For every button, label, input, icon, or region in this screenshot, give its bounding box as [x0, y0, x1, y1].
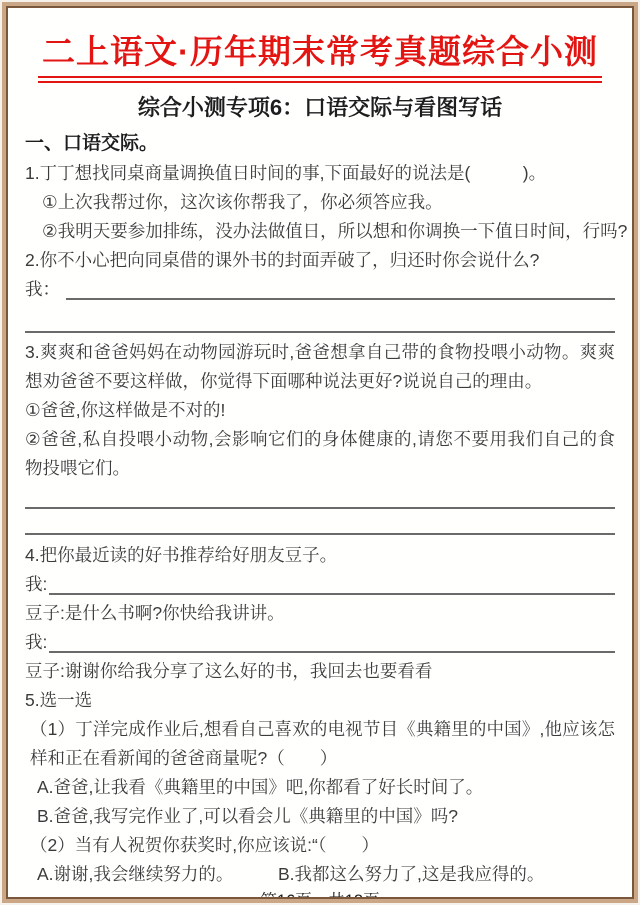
question-5-sub-2-options-row: A.谢谢,我会继续努力的。 B.我都这么努力了,这是我应得的。 — [25, 860, 615, 889]
question-3-option-2: ②爸爸,私自投喂小动物,会影响它们的身体健康的,请您不要用我们自己的食物投喂它们… — [25, 425, 615, 483]
question-4-douzi-line-2: 豆子:谢谢你给我分享了这么好的书，我回去也要看看 — [25, 657, 615, 686]
answer-blank-line — [49, 593, 615, 595]
question-5-sub-2-option-b: B.我都这么努力了,这是我应得的。 — [278, 860, 544, 889]
question-5-sub-2-option-a: A.谢谢,我会继续努力的。 — [25, 860, 278, 889]
question-3: 3.爽爽和爸爸妈妈在动物园游玩时,爸爸想拿自己带的食物投喂小动物。爽爽想劝爸爸不… — [25, 338, 615, 396]
question-3-option-1: ①爸爸,你这样做是不对的! — [25, 396, 615, 425]
question-4-douzi-line-1: 豆子:是什么书啊?你快给我讲讲。 — [25, 599, 615, 628]
answer-label: 我： — [25, 275, 60, 304]
answer-blank-line — [49, 651, 615, 653]
question-1-option-1: ①上次我帮过你，这次该你帮我了，你必须答应我。 — [25, 188, 615, 217]
answer-blank-line — [66, 298, 615, 300]
question-5-sub-1: （1）丁洋完成作业后,想看自己喜欢的电视节目《典籍里的中国》,他应该怎样和正在看… — [25, 715, 615, 773]
title-block: 二上语文·历年期末常考真题综合小测 — [25, 26, 615, 83]
answer-rule-line — [25, 483, 615, 509]
question-5: 5.选一选 — [25, 686, 615, 715]
question-4-answer-row-2: 我: — [25, 628, 615, 657]
answer-rule-line — [25, 304, 615, 333]
question-4-answer-row-1: 我: — [25, 570, 615, 599]
question-5-sub-1-option-a: A.爸爸,让我看《典籍里的中国》吧,你都看了好长时间了。 — [25, 773, 615, 802]
page-frame: 二上语文·历年期末常考真题综合小测 综合小测专项6：口语交际与看图写话 一、口语… — [0, 0, 640, 905]
page-subtitle: 综合小测专项6：口语交际与看图写话 — [25, 93, 615, 123]
page-title: 二上语文·历年期末常考真题综合小测 — [38, 26, 602, 83]
question-5-sub-2: （2）当有人祝贺你获奖时,你应该说:“（ ） — [25, 831, 615, 860]
worksheet-page: 二上语文·历年期末常考真题综合小测 综合小测专项6：口语交际与看图写话 一、口语… — [6, 6, 634, 899]
question-2: 2.你不小心把向同桌借的课外书的封面弄破了，归还时你会说什么? — [25, 246, 615, 275]
question-5-sub-1-option-b: B.爸爸,我写完作业了,可以看会儿《典籍里的中国》吗? — [25, 802, 615, 831]
question-2-answer-row: 我： — [25, 275, 615, 304]
answer-label: 我: — [25, 570, 47, 599]
question-1-option-2: ②我明天要参加排练，没办法做值日，所以想和你调换一下值日时间，行吗? — [25, 217, 615, 246]
page-number-indicator: 第16页，共18页 — [25, 891, 615, 899]
answer-rule-line — [25, 509, 615, 535]
answer-label: 我: — [25, 628, 47, 657]
frame-tan-band: 二上语文·历年期末常考真题综合小测 综合小测专项6：口语交际与看图写话 一、口语… — [2, 2, 638, 903]
section-heading: 一、口语交际。 — [25, 129, 615, 159]
question-4: 4.把你最近读的好书推荐给好朋友豆子。 — [25, 541, 615, 570]
question-1: 1.丁丁想找同桌商量调换值日时间的事,下面最好的说法是( )。 — [25, 159, 615, 188]
